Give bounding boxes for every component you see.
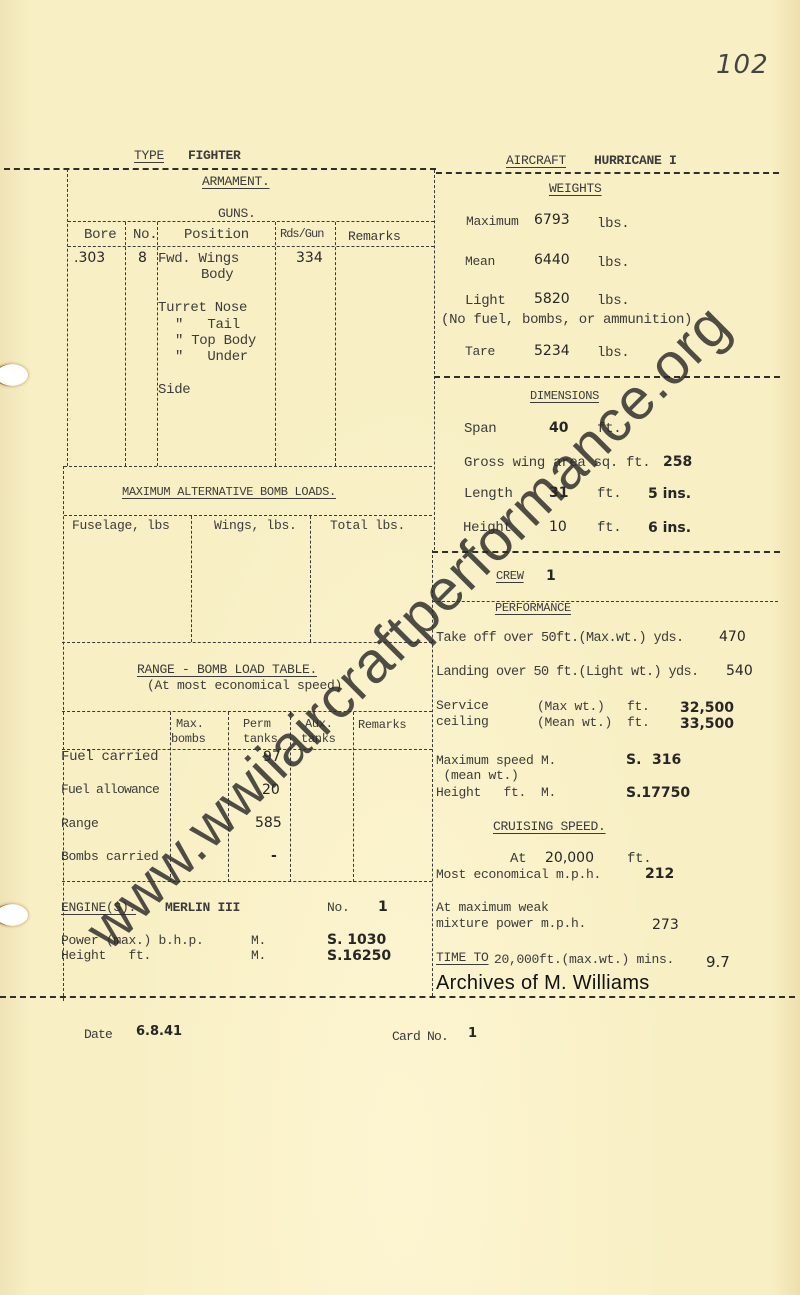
type-label: TYPE — [134, 148, 164, 163]
cruise-at-label: At — [510, 851, 526, 867]
time-to-text: 20,000ft.(max.wt.) mins. — [494, 952, 674, 967]
col-max-2: bombs — [171, 732, 206, 746]
ceiling-max-value: 32,500 — [680, 700, 734, 716]
gun-bore: .303 — [74, 250, 105, 266]
col-total: Total lbs. — [330, 518, 405, 533]
row-range: Range — [61, 816, 99, 831]
bomb-col-2 — [310, 516, 311, 642]
guns-col-3 — [275, 222, 276, 466]
position-turret-nose: Turret Nose — [158, 300, 247, 316]
weight-mean-value: 6440 — [534, 252, 570, 268]
left-frame — [67, 169, 68, 466]
ceiling-label: ceiling — [436, 714, 489, 729]
bottom-rule — [0, 996, 795, 998]
time-to-value: 9.7 — [706, 953, 730, 971]
col-wings: Wings, lbs. — [214, 518, 297, 533]
weight-max-unit: lbs. — [597, 216, 629, 232]
card-label: Card No. — [392, 1029, 448, 1044]
weak-value: 273 — [652, 917, 679, 933]
archive-credit: Archives of M. Williams — [436, 972, 650, 995]
landing-label: Landing over 50 ft.(Light wt.) yds. — [436, 665, 699, 680]
type-value: FIGHTER — [188, 148, 241, 163]
engine-height-m: M. — [251, 948, 266, 963]
weights-title: WEIGHTS — [549, 181, 602, 196]
top-rule-right — [436, 172, 779, 174]
weights-bottom — [434, 376, 780, 378]
col-fuselage: Fuselage, lbs — [72, 518, 170, 533]
col-rds-gun: Rds/Gun — [280, 227, 323, 241]
service-label: Service — [436, 698, 489, 713]
crew-bottom — [432, 601, 778, 602]
position-top-body: " Top Body — [175, 333, 256, 349]
armament-title: ARMAMENT. — [202, 174, 270, 189]
bomb-col-1 — [191, 516, 192, 642]
card-value: 1 — [468, 1026, 477, 1041]
economical-label: Most economical m.p.h. — [436, 867, 601, 882]
position-under: " Under — [175, 349, 248, 365]
max-speed-note: (mean wt.) — [436, 768, 519, 783]
engine-no-label: No. — [327, 900, 350, 915]
ceiling-max-label: (Max wt.) ft. — [537, 699, 650, 714]
weight-tare-value: 5234 — [534, 343, 570, 359]
ceiling-mean-label: (Mean wt.) ft. — [537, 715, 650, 730]
gun-no: 8 — [138, 250, 147, 266]
guns-title: GUNS. — [218, 206, 256, 221]
takeoff-label: Take off over 50ft.(Max.wt.) yds. — [436, 631, 684, 646]
row-fuel-carried: Fuel carried — [61, 749, 158, 765]
takeoff-value: 470 — [719, 629, 746, 645]
bomb-loads-header — [64, 515, 432, 516]
wing-area-value: 258 — [663, 454, 692, 470]
col-bore: Bore — [84, 227, 116, 243]
range-col-4 — [353, 712, 354, 882]
weak-label-1: At maximum weak — [436, 900, 549, 915]
engine-power-s: S. 1030 — [327, 932, 386, 948]
guns-header-bottom — [68, 246, 434, 247]
length-ft-unit: ft. — [597, 486, 621, 502]
bomb-loads-title: MAXIMUM ALTERNATIVE BOMB LOADS. — [122, 485, 336, 499]
max-speed-s: S. — [626, 752, 641, 768]
guns-col-1 — [125, 222, 126, 466]
guns-header-top — [68, 221, 434, 222]
time-to-label: TIME TO — [436, 950, 489, 965]
weight-max-value: 6793 — [534, 212, 570, 228]
cruising-title: CRUISING SPEED. — [493, 819, 606, 834]
center-divider — [434, 170, 435, 550]
max-speed-label: Maximum speed M. — [436, 753, 556, 768]
col-max-1: Max. — [176, 717, 204, 731]
speed-height-value: S.17750 — [626, 785, 690, 801]
gun-rds: 334 — [296, 250, 323, 266]
aircraft-value: HURRICANE I — [594, 153, 677, 168]
bomb-loads-top — [64, 466, 432, 467]
height-ft-unit: ft. — [597, 520, 621, 536]
weak-label-2: mixture power m.p.h. — [436, 916, 586, 931]
speed-height-label: Height ft. M. — [436, 785, 556, 800]
row-fuel-allowance: Fuel allowance — [61, 782, 159, 797]
date-label: Date — [84, 1027, 112, 1042]
range-title: RANGE - BOMB LOAD TABLE. — [137, 662, 317, 677]
crew-value: 1 — [546, 568, 556, 584]
weight-light-value: 5820 — [534, 291, 570, 307]
position-fwd-wings: Fwd. Wings — [158, 251, 239, 267]
length-in: 5 ins. — [648, 486, 691, 502]
col-no: No. — [133, 227, 157, 243]
position-side: Side — [158, 382, 190, 398]
landing-value: 540 — [726, 663, 753, 679]
range-header-top — [62, 711, 432, 712]
engine-height-label: Height ft. — [61, 948, 151, 963]
ceiling-mean-value: 33,500 — [680, 716, 734, 732]
height-in: 6 ins. — [648, 520, 691, 536]
cruise-at-unit: ft. — [627, 851, 651, 867]
position-tail: " Tail — [175, 317, 240, 333]
bombs-carried-perm: - — [271, 848, 277, 864]
position-body: Body — [201, 267, 233, 283]
weight-tare-label: Tare — [465, 344, 495, 359]
weight-light-note: (No fuel, bombs, or ammunition) — [441, 312, 692, 328]
weight-mean-label: Mean — [465, 254, 495, 269]
weight-mean-unit: lbs. — [597, 255, 629, 271]
left-frame-2 — [63, 466, 64, 1001]
performance-title: PERFORMANCE — [495, 601, 571, 615]
max-speed-value: 316 — [652, 752, 681, 768]
col-position: Position — [184, 227, 249, 243]
weight-light-label: Light — [465, 293, 506, 309]
engine-height-s: S.16250 — [327, 948, 391, 964]
weight-light-unit: lbs. — [597, 293, 629, 309]
engine-power-m: M. — [251, 933, 266, 948]
span-label: Span — [464, 421, 496, 437]
cruise-at-value: 20,000 — [545, 850, 594, 866]
col-remarks: Remarks — [348, 229, 401, 244]
weight-max-label: Maximum — [466, 214, 519, 229]
aircraft-label: AIRCRAFT — [506, 153, 566, 168]
col-range-remarks: Remarks — [358, 718, 406, 732]
date-value: 6.8.41 — [136, 1024, 182, 1039]
top-rule — [4, 168, 436, 170]
page-number: 102 — [716, 50, 769, 80]
engine-no-value: 1 — [378, 899, 388, 915]
weight-tare-unit: lbs. — [597, 345, 629, 361]
guns-col-4 — [335, 222, 336, 466]
economical-value: 212 — [645, 866, 674, 882]
